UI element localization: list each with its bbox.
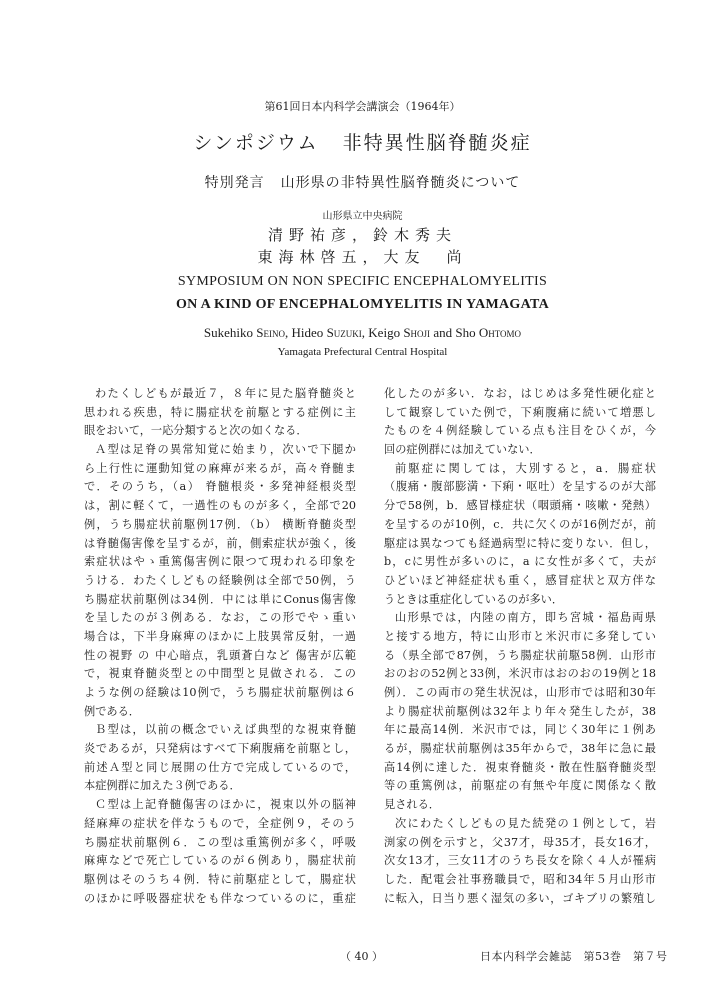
author-given-name: Sukehiko <box>204 325 256 340</box>
text-line: 見される． <box>384 796 656 815</box>
text-line: ら上行性に運動知覚の麻痺が来るが，高々脊髄ま <box>84 460 356 479</box>
text-line: 次女13才，三女11才のうち長女を除く４人が罹病 <box>384 852 656 871</box>
text-line: を呈するのが10例，c．共に欠くのが16例だが，前 <box>384 516 656 535</box>
journal-info: 日本内科学会雑誌 第53巻 第７号 <box>480 948 668 964</box>
text-line: 思われる疾患，特に腸症状を前駆とする症例に主 <box>84 404 356 423</box>
title-symposium: シンポジウム <box>193 132 318 154</box>
text-line: 渕家の例を示すと，父37才，母35才，長女16才， <box>384 834 656 853</box>
text-line: 性の視野 の 中心暗点，乳頭蒼白など 傷害が広範 <box>84 647 356 666</box>
text-line: 次にわたくしどもの見た続発の１例として，岩 <box>384 815 656 834</box>
author-separator: and <box>430 325 455 340</box>
text-line: ち腸症状前駆例６．この型は重篤例が多く，呼吸 <box>84 834 356 853</box>
text-line: 高14例に達した．視束脊髄炎・散在性脳脊髄炎型 <box>384 759 656 778</box>
title-en-line-2: ON A KIND OF ENCEPHALOMYELITIS IN YAMAGA… <box>0 297 725 313</box>
text-line: 場合は，下半身麻痺のほかに上肢異常反射，一過 <box>84 628 356 647</box>
author-given-name: Keigo <box>368 325 403 340</box>
text-line: Ｃ型は上記脊髄傷害のほかに，視束以外の脳神 <box>84 796 356 815</box>
subtitle-label: 特別発言 <box>205 175 265 191</box>
text-line: 化したのが多い．なお，はじめは多発性硬化症と <box>384 385 656 404</box>
text-line: 炎であるが，只発病はすべて下痢腹痛を前駆とし， <box>84 740 356 759</box>
author-family-name: Ohtomo <box>479 325 521 340</box>
text-line: と接する地方，特に山形市と米沢市に多発してい <box>384 628 656 647</box>
text-line: る（県全部で87例，うち腸症状前駆58例．山形市 <box>384 647 656 666</box>
text-line: 駆例はそのうち４例．特に前駆症として，腸症状 <box>84 871 356 890</box>
text-line: して観察していた例で，下痢腹痛に続いて増悪し <box>384 404 656 423</box>
author-family-name: Suzuki <box>327 325 362 340</box>
text-line: は，割に軽くて，一過性のものが多く，全部で20 <box>84 497 356 516</box>
body-column-right: 化したのが多い．なお，はじめは多発性硬化症として観察していた例で，下痢腹痛に続い… <box>384 385 656 908</box>
text-line: 麻痺などで死亡しているのが６例あり，腸症状前 <box>84 852 356 871</box>
text-line: たものを４例経験している点も注目をひくが，今 <box>384 422 656 441</box>
page-title: シンポジウム非特異性脳脊髄炎症 <box>0 128 725 155</box>
text-line: を呈したのが３例ある．なお，この形でやゝ重い <box>84 609 356 628</box>
text-line: るが，腸症状前駆例は35年からで，38年に急に最 <box>384 740 656 759</box>
text-line: Ｂ型は，以前の概念でいえば典型的な視束脊髄 <box>84 721 356 740</box>
author-given-name: Hideo <box>292 325 327 340</box>
text-line: 前述Ａ型と同じ展開の仕方で完成しているので， <box>84 759 356 778</box>
text-line: 回の症例群には加えていない． <box>384 441 656 460</box>
text-line: 分で58例，b．感冒様症状（咽頭痛・咳嗽・発熱） <box>384 497 656 516</box>
text-line: Ａ型は足脊の異常知覚に始まり，次いで下腿か <box>84 441 356 460</box>
author-given-name: Sho <box>455 325 478 340</box>
text-line: 等の重篤例は，前駆症の有無や年度に関係なく散 <box>384 777 656 796</box>
text-line: で．そのうち，（a） 脊髄根炎・多発神経根炎型 <box>84 478 356 497</box>
text-line: 経麻痺の症状を伴なうもので，全症例９，そのう <box>84 815 356 834</box>
text-line: 索症状はやゝ重篤傷害例に限つて現われる印象を <box>84 553 356 572</box>
title-topic: 非特異性脳脊髄炎症 <box>343 132 532 154</box>
text-line: で，視東脊髄炎型との中間型と見做される．この <box>84 665 356 684</box>
text-line: ち腸症状前駆例は34例．中には単にConus傷害像 <box>84 591 356 610</box>
text-line: 前駆症に関しては，大別すると，a．腸症状 <box>384 460 656 479</box>
affiliation-en: Yamagata Prefectural Central Hospital <box>0 346 725 358</box>
author-family-name: Shoji <box>403 325 430 340</box>
text-line: （腹痛・腹部膨満・下痢・呕吐）を呈するのが大部 <box>384 478 656 497</box>
authors-jp-line-2: 東海林啓五，大友 尚 <box>0 246 725 267</box>
text-line: 例）．この両市の発生状況は，山形市では昭和30年 <box>384 684 656 703</box>
text-line: 眼をおいて，一応分類すると次の如くなる． <box>84 422 356 441</box>
text-line: 駆症は異なつても経過病型に特に変りない．但し， <box>384 535 656 554</box>
text-line: 例，うち腸症状前駆例17例．（b） 横断脊髄炎型 <box>84 516 356 535</box>
conference-label: 第61回日本内科学会講演会（1964年） <box>0 98 725 114</box>
text-line: 例である． <box>84 703 356 722</box>
text-line: ような例の経験は10例で，うち腸症状前駆例は６ <box>84 684 356 703</box>
text-line: した．配電会社事務職員で，昭和34年５月山形市 <box>384 871 656 890</box>
body-column-left: わたくしどもが最近７，８年に見た脳脊髄炎と思われる疾患，特に腸症状を前駆とする症… <box>84 385 356 908</box>
text-line: 本症例群に加えた３例である． <box>84 777 356 796</box>
text-line: b，cに男性が多いのに，a に女性が多くて，夫が <box>384 553 656 572</box>
text-line: に転入，日当り悪く湿気の多い，ゴキブリの繁殖し <box>384 890 656 909</box>
text-line: 年に最高14例．米沢市では，同じく30年に１例あ <box>384 721 656 740</box>
author-family-name: Seino <box>256 325 285 340</box>
text-line: わたくしどもが最近７，８年に見た脳脊髄炎と <box>84 385 356 404</box>
page-number: （ 40 ） <box>340 948 383 964</box>
text-line: ひどいほど神経症状も重く，感冒症状と双方伴な <box>384 572 656 591</box>
text-line: のほかに呼吸器症状をも伴なつているのに，重症 <box>84 890 356 909</box>
text-line: より腸症状前駆例は32年より年々発生したが，38 <box>384 703 656 722</box>
text-line: 山形県では，内陸の南方，即ち宮城・福島両県 <box>384 609 656 628</box>
text-line: は脊髄傷害像を呈するが，前，側索症状が強く，後 <box>84 535 356 554</box>
text-line: うときは重症化しているのが多い． <box>384 591 656 610</box>
text-line: うける．わたくしどもの経験例は全部で50例，う <box>84 572 356 591</box>
text-line: おのおの52例と33例，米沢市はおのおの19例と18 <box>384 665 656 684</box>
page-subtitle: 特別発言山形県の非特異性脳脊髄炎について <box>0 172 725 192</box>
authors-jp-line-1: 清野祐彦，鈴木秀夫 <box>0 224 725 245</box>
authors-en: Sukehiko Seino, Hideo Suzuki, Keigo Shoj… <box>0 325 725 341</box>
affiliation-jp: 山形県立中央病院 <box>0 207 725 222</box>
title-en-line-1: SYMPOSIUM ON NON SPECIFIC ENCEPHALOMYELI… <box>0 274 725 290</box>
subtitle-topic: 山形県の非特異性脳脊髄炎について <box>281 175 521 191</box>
